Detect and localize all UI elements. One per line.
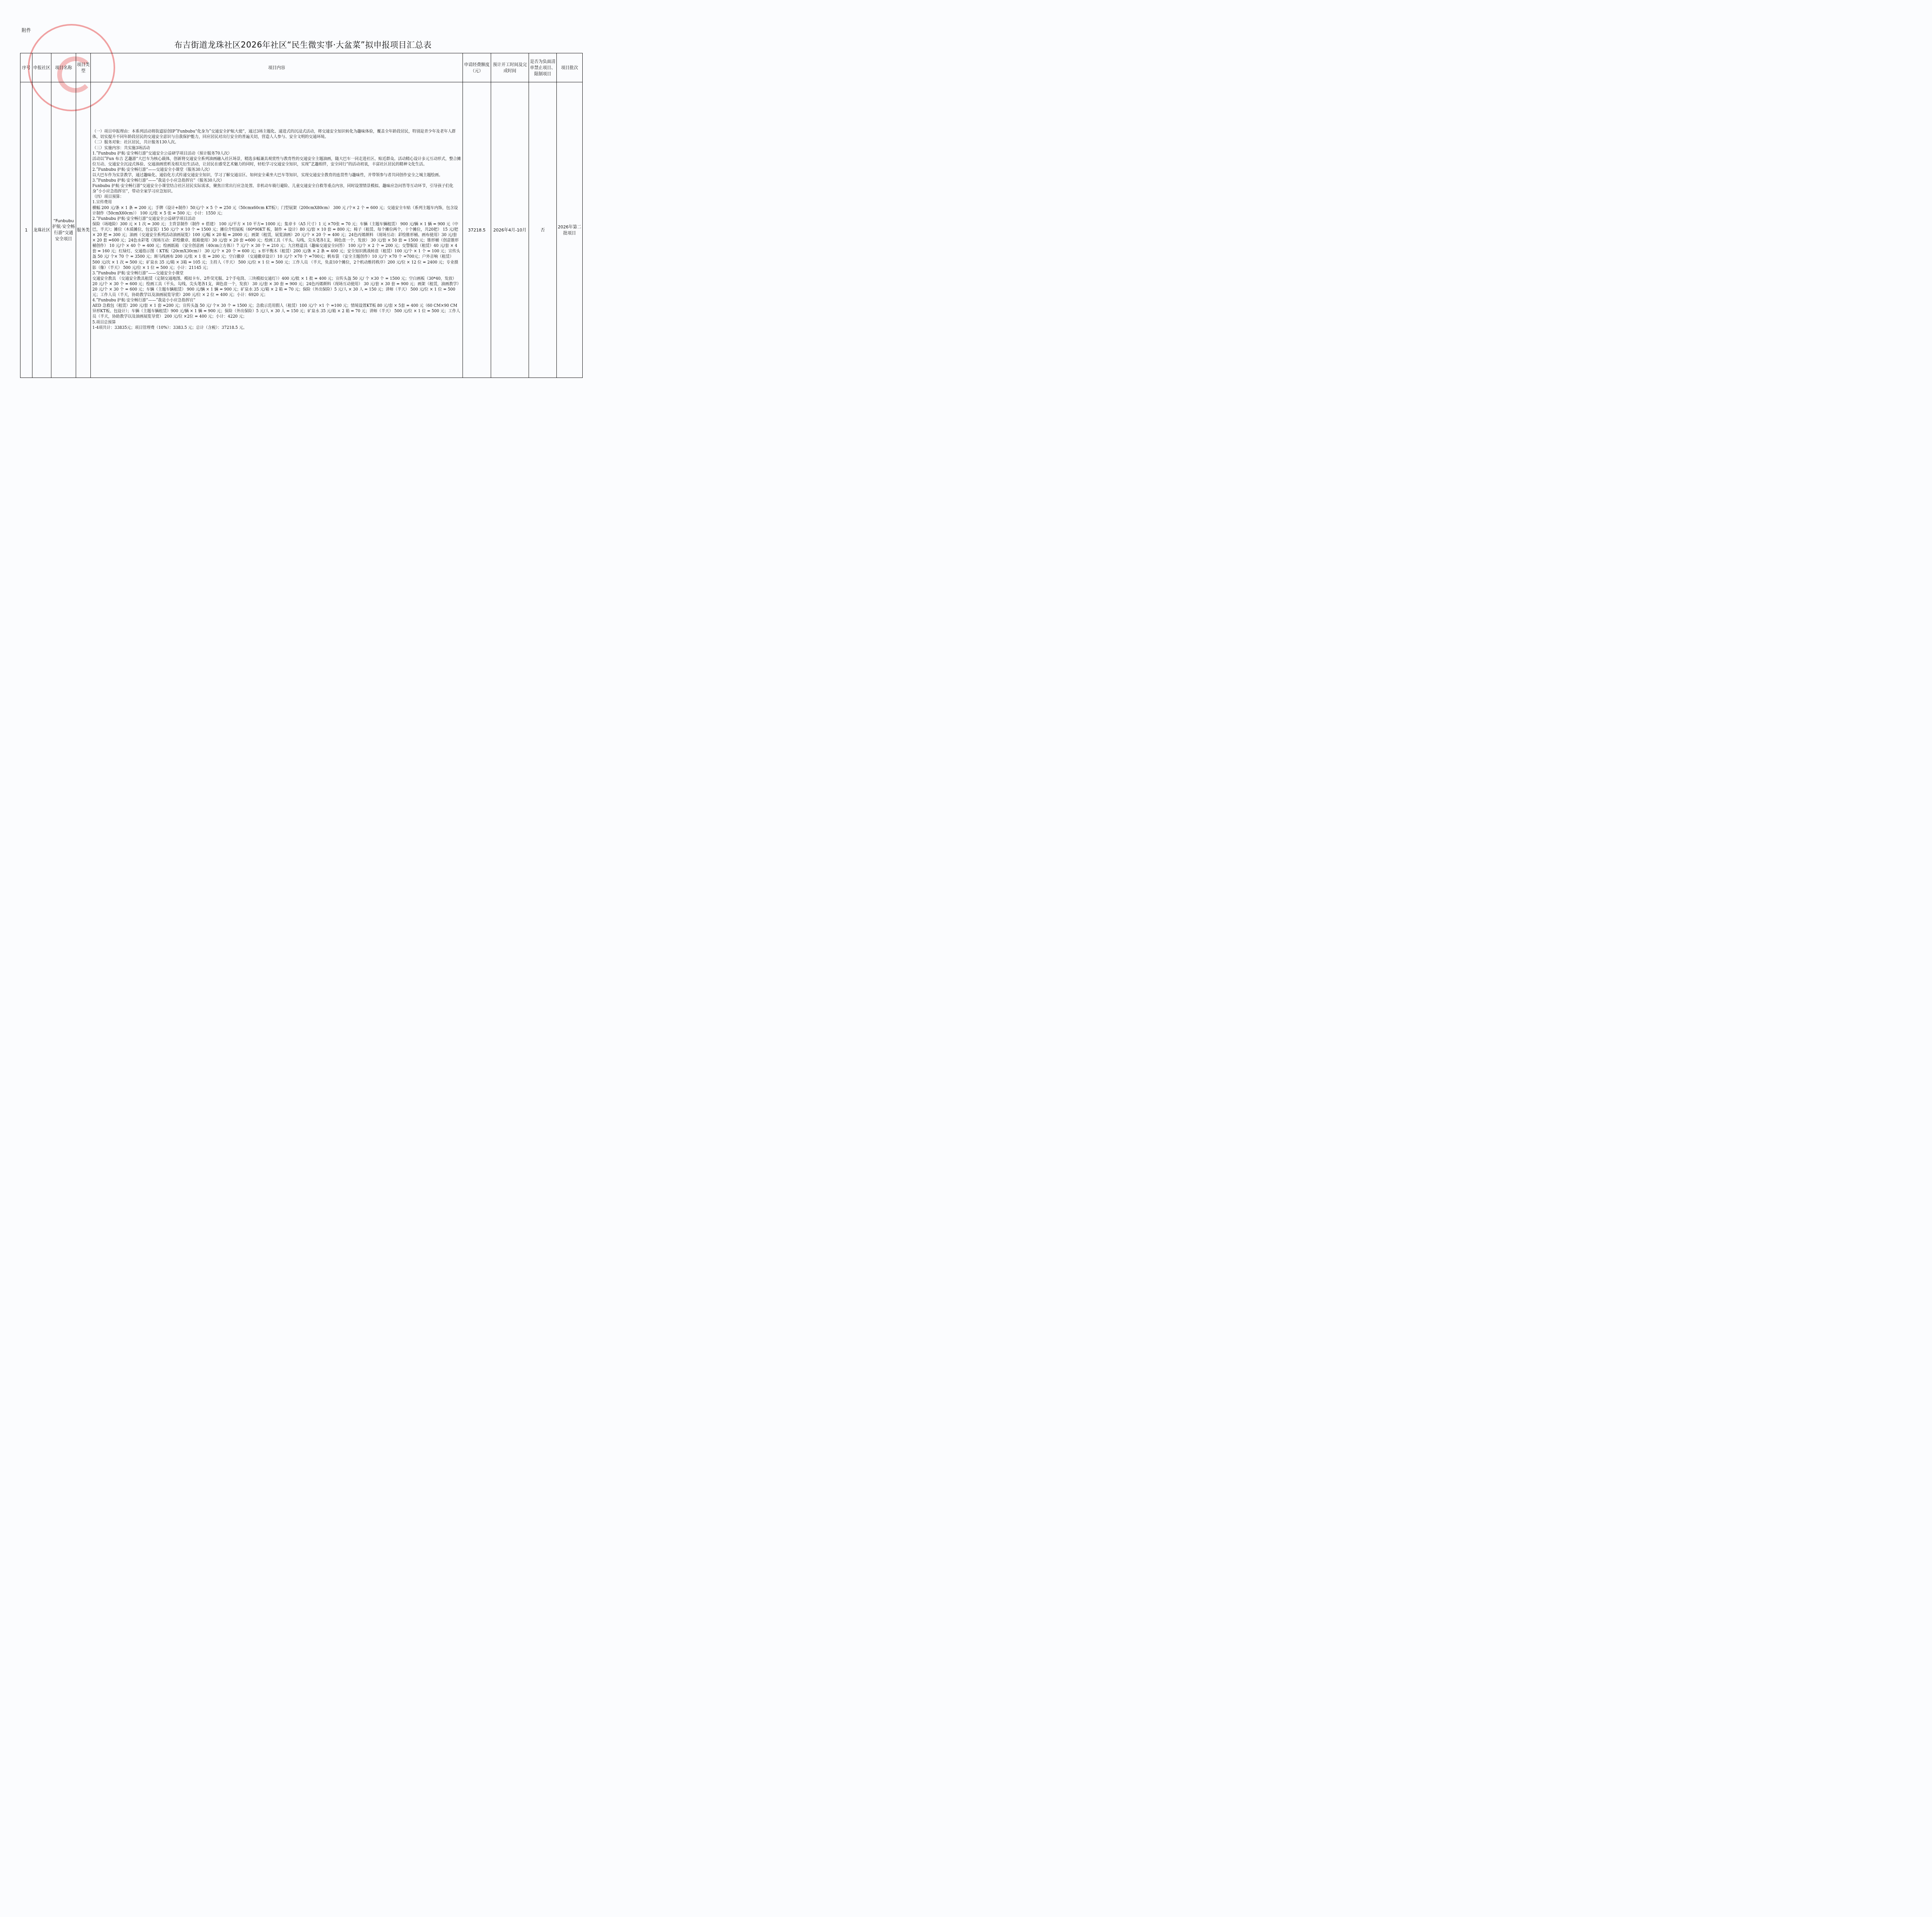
header-seq: 序号 <box>20 53 32 82</box>
cell-community: 龙珠社区 <box>32 82 51 378</box>
budget-1-title: 1.宣传费用 <box>92 200 461 205</box>
budget-4-items: AED 急救包（租赁）200 元/套 × 1 套 =200 元；宣传头盔 50 … <box>92 303 461 320</box>
cell-amount: 37218.5 <box>463 82 491 378</box>
header-negative-list: 是否为负面清单禁止项目、限制项目 <box>529 53 557 82</box>
budget-heading: （四）项目预算： <box>92 194 461 200</box>
content-implementation: （三）实施内容：共实施3场活动 <box>92 146 461 151</box>
project-summary-table: 序号 申报社区 项目名称 项目类型 项目内容 申请经费额度（元） 预计开工时间及… <box>20 53 583 378</box>
table-row: 1 龙珠社区 “Funbubu护航·安全畅行游”交通安全项目 服务类 （一）项目… <box>20 82 583 378</box>
budget-2-title: 2.“Funbubu 护航·安全畅行游”交通安全公益研学项目活动 <box>92 216 461 222</box>
header-content: 项目内容 <box>91 53 463 82</box>
header-amount: 申请经费额度（元） <box>463 53 491 82</box>
activity-1-desc: 活动以“Fun 布吉 艺趣游”大巴车为核心载体，创新将交通安全系列油画融入社区场… <box>92 156 461 167</box>
activity-2-title: 2.“Funbubu 护航·安全畅行游”——交通安全小课堂（服务30人次） <box>92 167 461 173</box>
budget-1-items: 横幅 200 元/条 × 1 条 = 200 元；手牌（设计+制作）50元/个 … <box>92 206 461 216</box>
page-title: 布吉街道龙珠社区2026年社区“民生微实事·大盆菜”拟申报项目汇总表 <box>0 39 606 50</box>
content-reason: （一）项目申报理由：本系列活动将街道原创IP“Funbubu”化身为“交通安全护… <box>92 129 461 140</box>
budget-total-title: 5.项目总预算 <box>92 320 461 325</box>
budget-total: 1-4项共计：33835元；项目管理费（10%）：3383.5 元；总计（含税）… <box>92 325 461 331</box>
header-batch: 项目批次 <box>557 53 583 82</box>
cell-type: 服务类 <box>76 82 91 378</box>
cell-schedule: 2026年4月-10月 <box>491 82 529 378</box>
activity-3-title: 3.“Funbubu 护航·安全畅行游”——“我是小小应急指挥官”（服务30人次… <box>92 178 461 184</box>
activity-2-desc: 以大巴车作为实景教学，通过趣味化、通俗化方式传递交通安全知识，学习了解交通盲区、… <box>92 173 461 178</box>
content-target: （二）服务对象：社区居民，共计服务130人次。 <box>92 140 461 145</box>
cell-content: （一）项目申报理由：本系列活动将街道原创IP“Funbubu”化身为“交通安全护… <box>91 82 463 378</box>
activity-3-desc: Funbubu 护航·安全畅行游”交通安全小课堂结合社区居民实际需求，聚焦日常出… <box>92 184 461 194</box>
table-header-row: 序号 申报社区 项目名称 项目类型 项目内容 申请经费额度（元） 预计开工时间及… <box>20 53 583 82</box>
cell-name: “Funbubu护航·安全畅行游”交通安全项目 <box>51 82 76 378</box>
budget-3-title: 3.“Funbubu 护航·安全畅行游”——交通安全小课堂 <box>92 271 461 276</box>
header-name: 项目名称 <box>51 53 76 82</box>
budget-2-items: 保险（场地险）300 元 × 1 次 = 300 元；主背景制作（制作 + 搭建… <box>92 222 461 271</box>
budget-3-items: 交通安全教具 （交通安全教具租赁（定制交通地图、模拟卡车、2件荧光服、2个手电筒… <box>92 276 461 298</box>
cell-negative-list: 否 <box>529 82 557 378</box>
activity-1-title: 1.“Funbubu 护航·安全畅行游”交通安全公益研学项目活动（预计服务70人… <box>92 151 461 156</box>
cell-seq: 1 <box>20 82 32 378</box>
cell-batch: 2026年第二批项目 <box>557 82 583 378</box>
header-type: 项目类型 <box>76 53 91 82</box>
header-schedule: 预计开工时间及完成时间 <box>491 53 529 82</box>
attachment-label: 附件 <box>22 27 31 34</box>
budget-4-title: 4.“Funbubu 护航·安全畅行游”——“我是小小应急指挥官” <box>92 298 461 303</box>
header-community: 申报社区 <box>32 53 51 82</box>
